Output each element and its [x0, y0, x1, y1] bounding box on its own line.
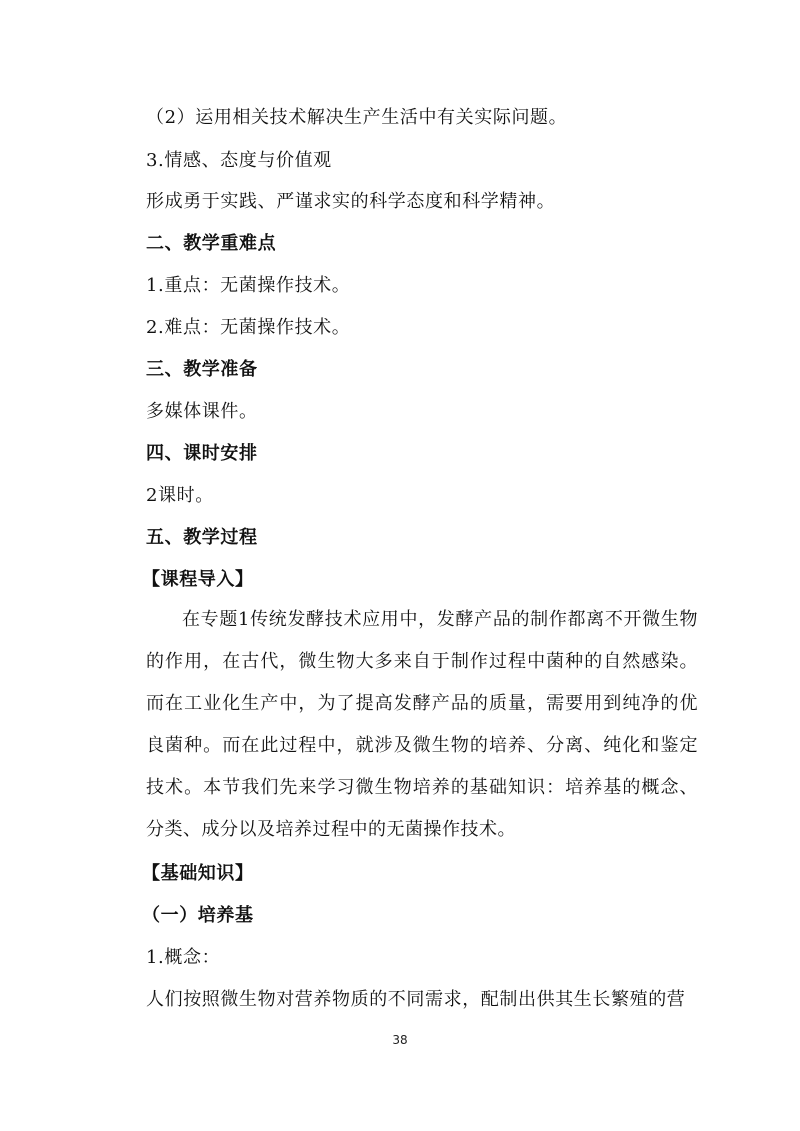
body-line: 多媒体课件。: [146, 400, 258, 424]
body-line: 人们按照微生物对营养物质的不同需求，配制出供其生长繁殖的营: [146, 988, 685, 1012]
list-item: 1.重点：无菌操作技术。: [146, 274, 350, 298]
section-heading: 三、教学准备: [146, 358, 258, 382]
bracket-heading: 【基础知识】: [142, 862, 254, 886]
subsection-heading: 3.情感、态度与价值观: [146, 149, 332, 173]
body-line: 形成勇于实践、严谨求实的科学态度和科学精神。: [146, 190, 555, 214]
intro-paragraph: 在专题1传统发酵技术应用中，发酵产品的制作都离不开微生物的作用，在古代，微生物大…: [146, 599, 698, 851]
section-heading: 四、课时安排: [146, 442, 258, 466]
subsection-heading: （一）培养基: [142, 904, 254, 928]
section-heading: 二、教学重难点: [146, 232, 276, 256]
body-line: 2课时。: [146, 484, 214, 508]
concept-label: 1.概念：: [146, 946, 220, 970]
list-item: 2.难点：无菌操作技术。: [146, 316, 350, 340]
document-page: （2）运用相关技术解决生产生活中有关实际问题。 3.情感、态度与价值观 形成勇于…: [0, 0, 800, 1131]
section-heading: 五、教学过程: [146, 526, 258, 550]
bracket-heading: 【课程导入】: [142, 568, 254, 592]
page-number: 38: [0, 1033, 800, 1047]
objective-line: （2）运用相关技术解决生产生活中有关实际问题。: [146, 106, 567, 130]
